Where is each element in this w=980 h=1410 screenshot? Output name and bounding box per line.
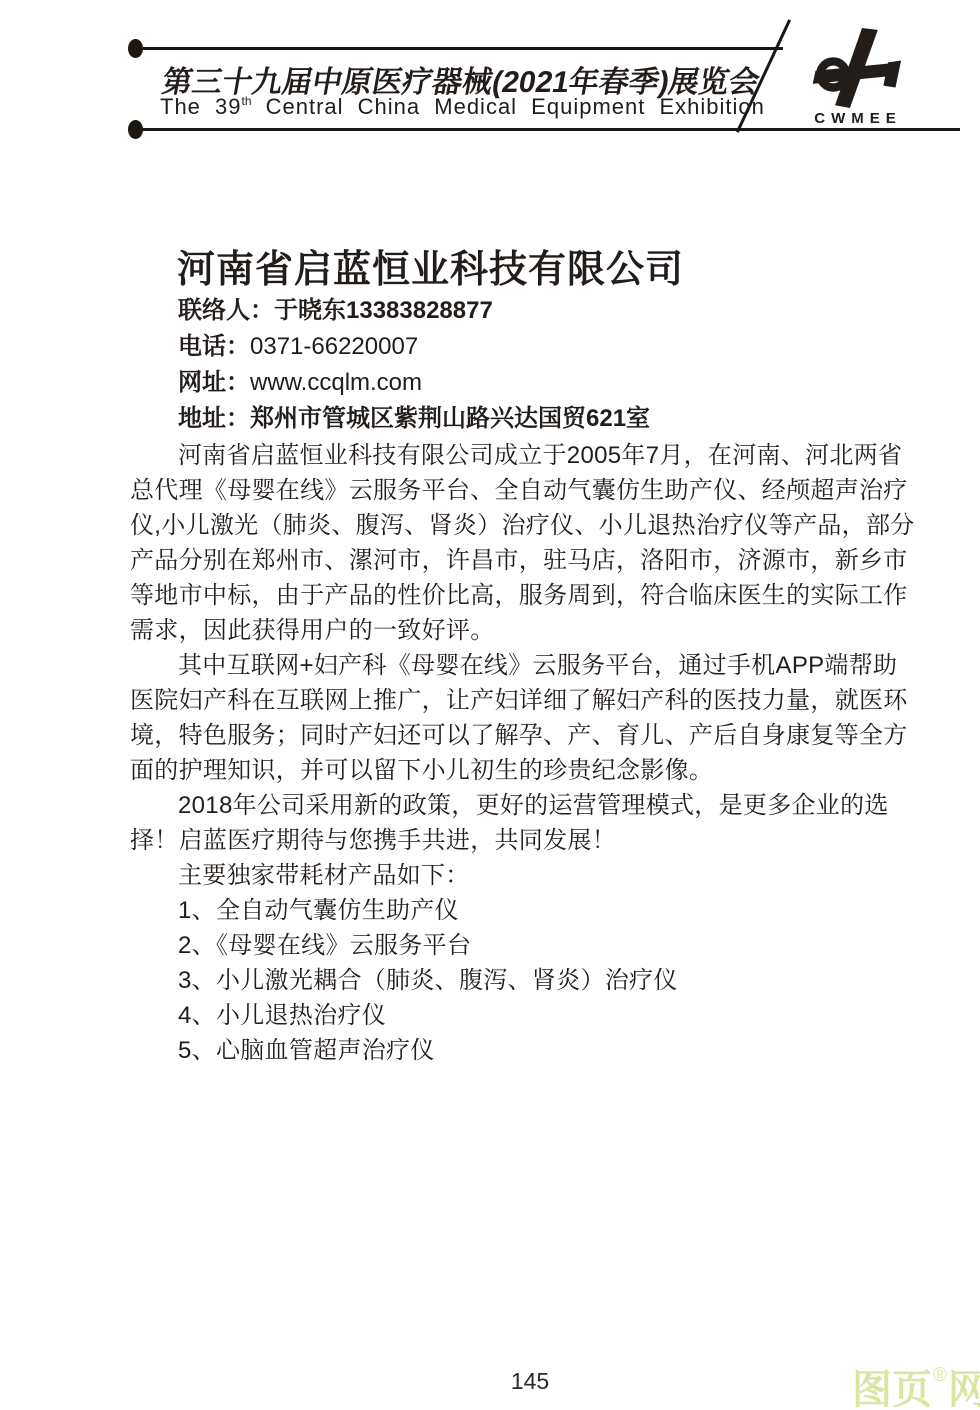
exhibition-title-en: The 39th Central China Medical Equipment… bbox=[160, 94, 765, 120]
contact-value: www.ccqlm.com bbox=[250, 369, 422, 396]
contact-row: 地址：郑州市管城区紫荆山路兴达国贸621室 bbox=[178, 401, 650, 437]
catalog-page: 第三十九届中原医疗器械(2021年春季)展览会 The 39th Central… bbox=[0, 0, 980, 1410]
profile-line: 等地市中标，由于产品的性价比高，服务周到，符合临床医生的实际工作 bbox=[130, 578, 940, 613]
contact-label: 电话： bbox=[178, 333, 250, 360]
page-number: 145 bbox=[130, 1368, 930, 1395]
profile-line: 1、全自动气囊仿生助产仪 bbox=[130, 893, 940, 928]
company-name: 河南省启蓝恒业科技有限公司 bbox=[177, 238, 684, 293]
profile-line: 2018年公司采用新的政策，更好的运营管理模式，是更多企业的选 bbox=[130, 788, 940, 823]
profile-line: 2、《母婴在线》云服务平台 bbox=[130, 928, 940, 963]
medical-cross-icon bbox=[808, 28, 903, 108]
logo-text: CWMEE bbox=[800, 110, 910, 127]
header-rule-top bbox=[143, 47, 783, 50]
profile-line: 面的护理知识，并可以留下小儿初生的珍贵纪念影像。 bbox=[130, 753, 940, 788]
company-profile-text: 河南省启蓝恒业科技有限公司成立于2005年7月，在河南、河北两省总代理《母婴在线… bbox=[130, 438, 940, 1068]
contact-value: 于晓东13383828877 bbox=[274, 297, 493, 324]
contact-value: 郑州市管城区紫荆山路兴达国贸621室 bbox=[250, 405, 650, 432]
header-dot-bottom bbox=[128, 120, 143, 139]
profile-line: 产品分别在郑州市、漯河市，许昌市，驻马店，洛阳市，济源市，新乡市 bbox=[130, 543, 940, 578]
profile-line: 4、小儿退热治疗仪 bbox=[130, 998, 940, 1033]
registered-trademark-icon: ® bbox=[933, 1365, 947, 1386]
profile-line: 河南省启蓝恒业科技有限公司成立于2005年7月，在河南、河北两省 bbox=[130, 438, 940, 473]
title-en-suffix: Central China Medical Equipment Exhibiti… bbox=[252, 94, 765, 119]
profile-line: 医院妇产科在互联网上推广，让产妇详细了解妇产科的医技力量，就医环 bbox=[130, 683, 940, 718]
profile-line: 主要独家带耗材产品如下： bbox=[130, 858, 940, 893]
profile-line: 仪,小儿激光（肺炎、腹泻、肾炎）治疗仪、小儿退热治疗仪等产品，部分 bbox=[130, 508, 940, 543]
profile-line: 境，特色服务；同时产妇还可以了解孕、产、育儿、产后自身康复等全方 bbox=[130, 718, 940, 753]
watermark: 图页®网 bbox=[852, 1352, 980, 1410]
contact-label: 联络人： bbox=[178, 297, 274, 324]
title-en-ordinal-sup: th bbox=[242, 94, 252, 108]
watermark-text-left: 图页 bbox=[852, 1368, 932, 1410]
header-dot-top bbox=[128, 39, 143, 58]
header-rule-bottom bbox=[143, 128, 960, 131]
contact-label: 地址： bbox=[178, 405, 250, 432]
contact-row: 联络人：于晓东13383828877 bbox=[178, 293, 650, 329]
contact-row: 电话：0371-66220007 bbox=[178, 329, 650, 365]
profile-line: 其中互联网+妇产科《母婴在线》云服务平台，通过手机APP端帮助 bbox=[130, 648, 940, 683]
profile-line: 总代理《母婴在线》云服务平台、全自动气囊仿生助产仪、经颅超声治疗 bbox=[130, 473, 940, 508]
contact-label: 网址： bbox=[178, 369, 250, 396]
profile-line: 3、小儿激光耦合（肺炎、腹泻、肾炎）治疗仪 bbox=[130, 963, 940, 998]
contact-row: 网址：www.ccqlm.com bbox=[178, 365, 650, 401]
profile-line: 择！启蓝医疗期待与您携手共进，共同发展！ bbox=[130, 823, 940, 858]
cwmee-logo: CWMEE bbox=[800, 28, 910, 128]
title-en-prefix: The 39 bbox=[160, 94, 242, 119]
profile-line: 5、心脑血管超声治疗仪 bbox=[130, 1033, 940, 1068]
profile-line: 需求，因此获得用户的一致好评。 bbox=[130, 613, 940, 648]
contact-value: 0371-66220007 bbox=[250, 333, 418, 360]
watermark-text-right: 网 bbox=[948, 1368, 980, 1410]
contact-list: 联络人：于晓东13383828877电话：0371-66220007网址：www… bbox=[178, 293, 650, 437]
